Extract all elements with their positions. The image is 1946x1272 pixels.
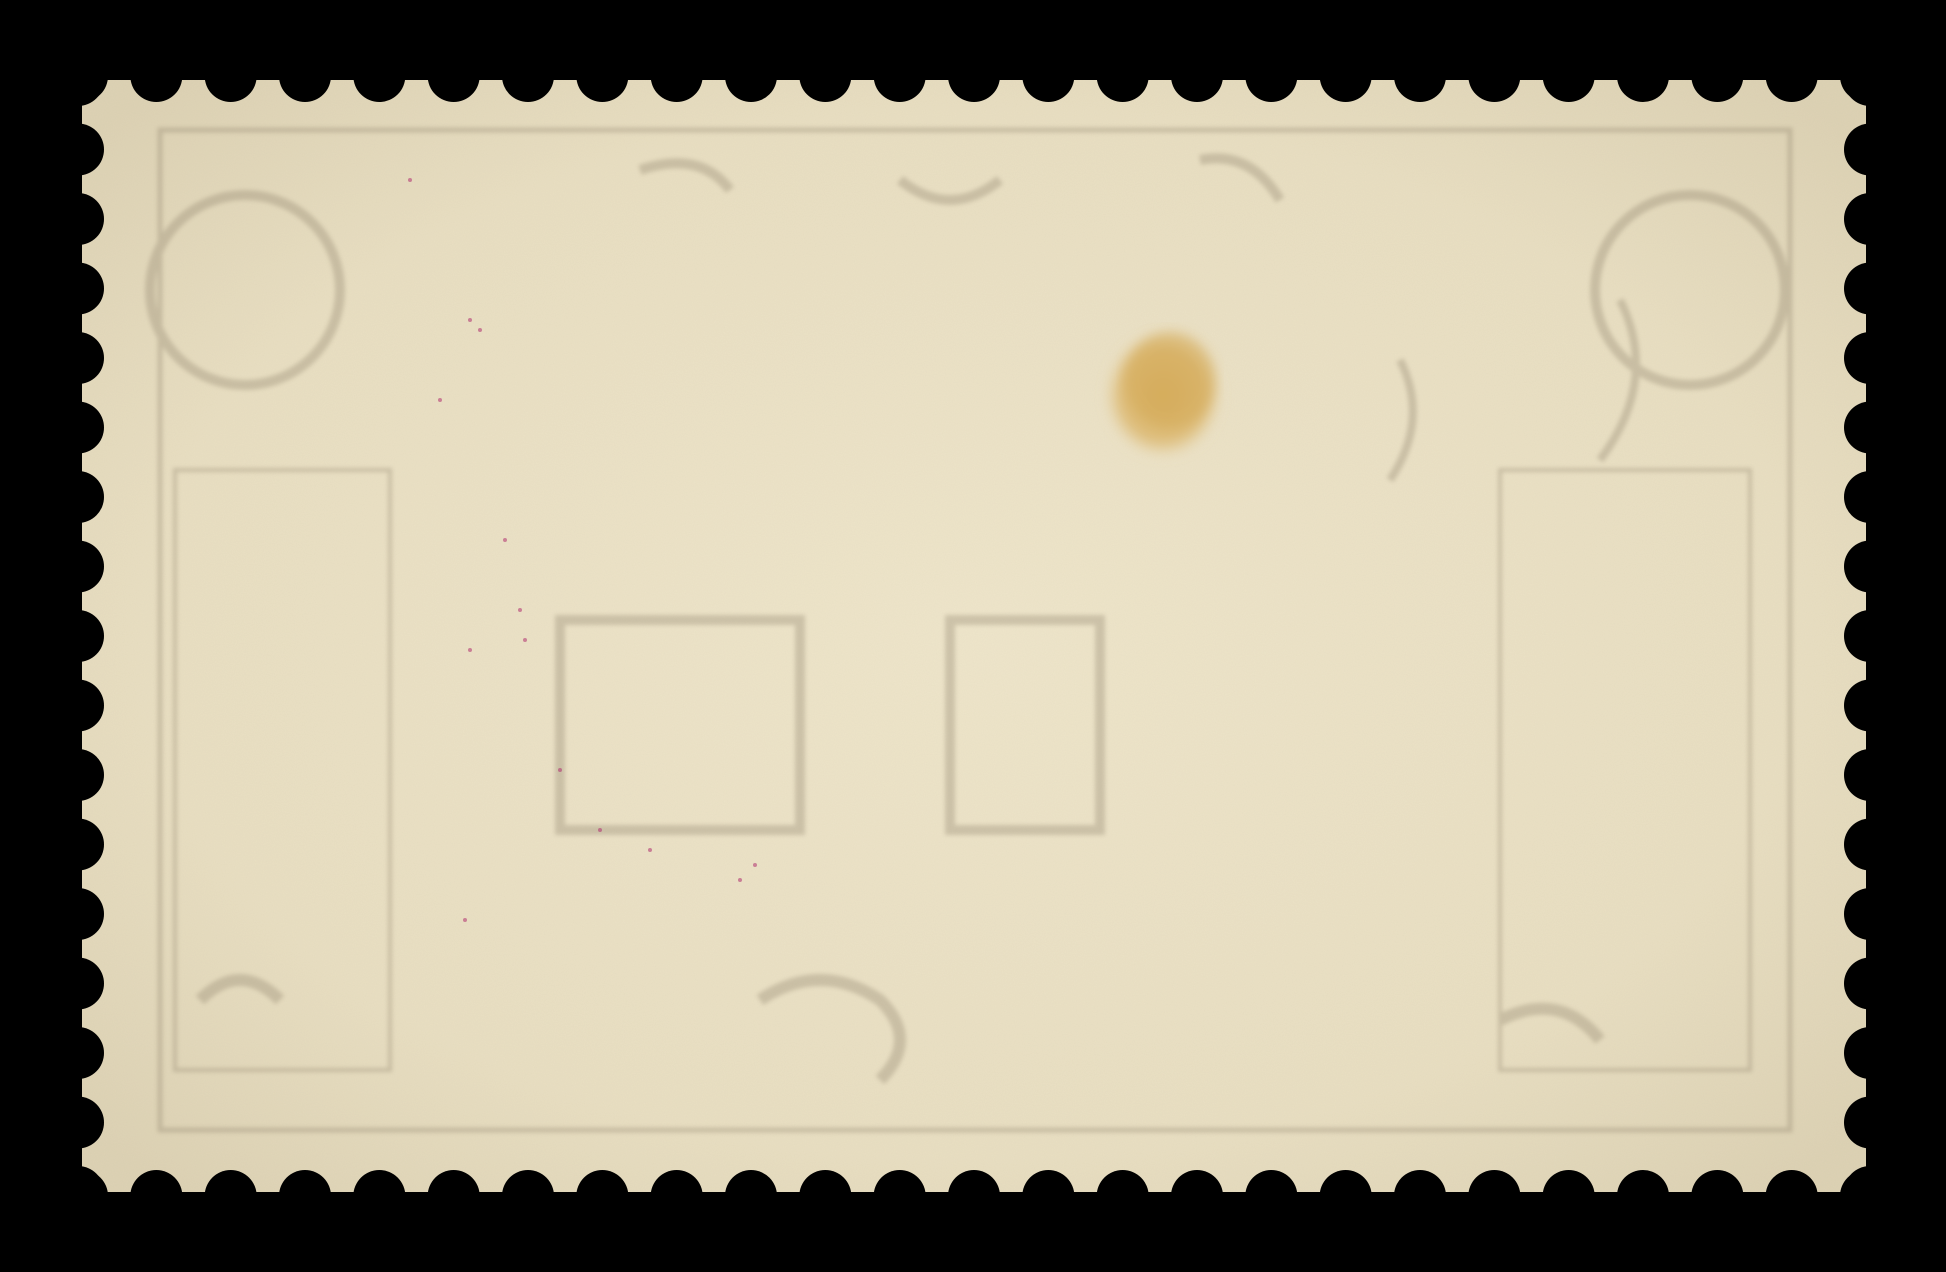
- photo-scene: Reverse side of a horizontal postage sta…: [0, 0, 1946, 1272]
- postage-stamp-back: [0, 0, 1946, 1272]
